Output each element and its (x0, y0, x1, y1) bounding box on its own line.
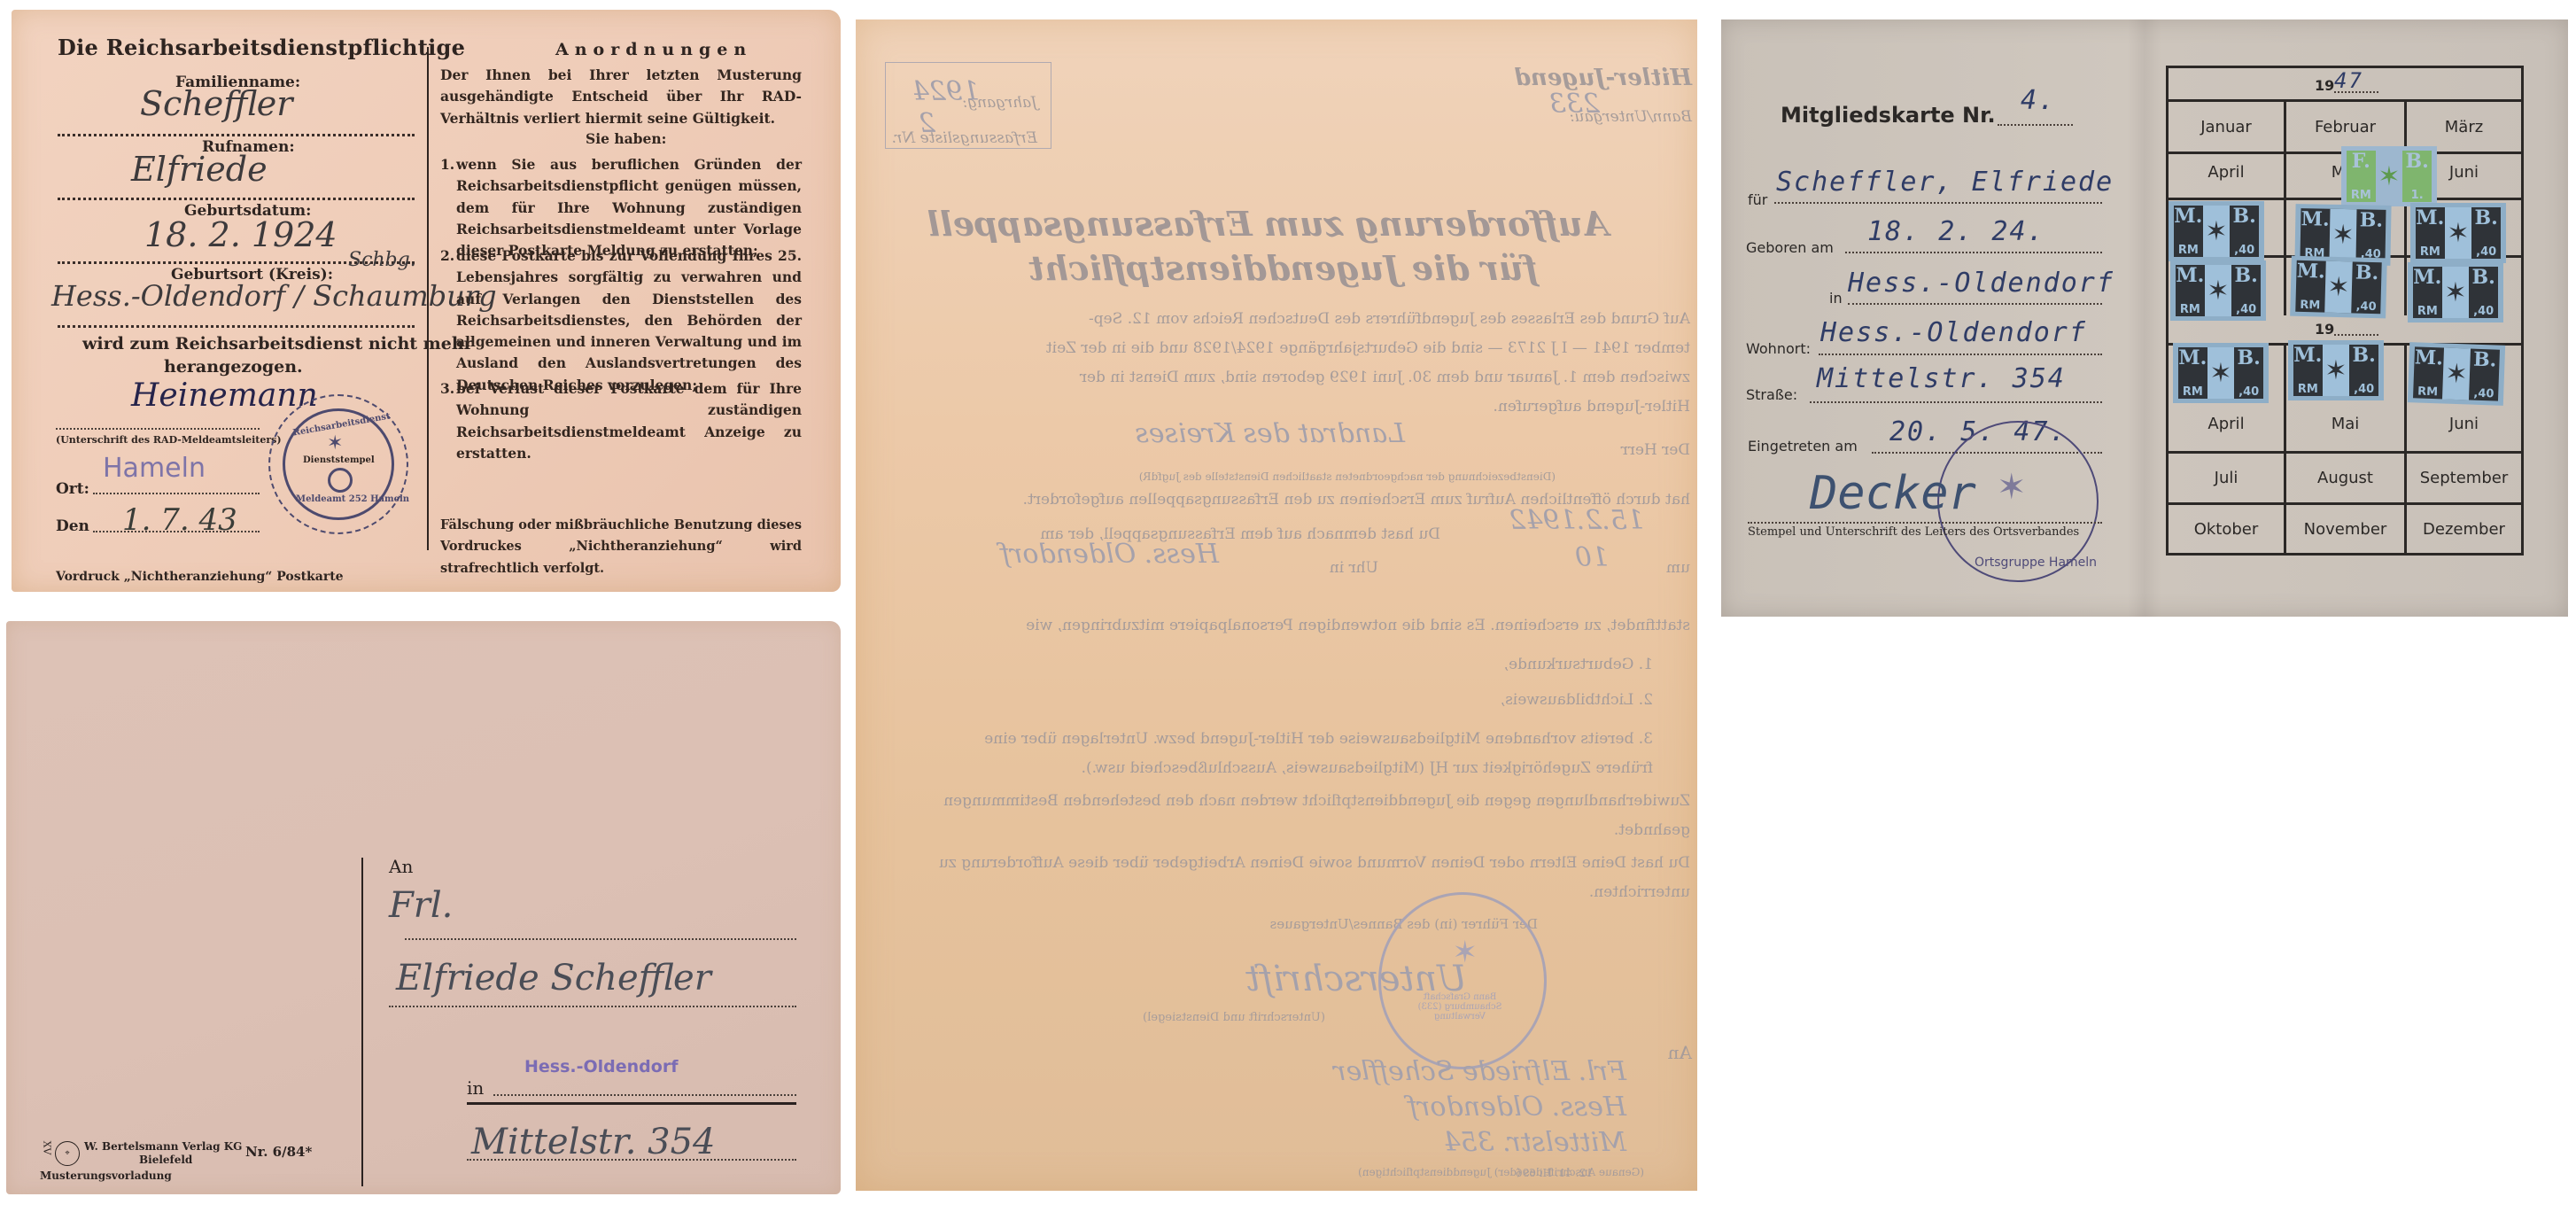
stamp-label: RM (2417, 305, 2438, 318)
bann-value: 233 (1549, 89, 1600, 120)
stamp-label: ,40 (2238, 385, 2259, 399)
number-line (1998, 124, 2073, 126)
stamp-label: B. (2473, 349, 2497, 371)
column-divider (427, 47, 429, 550)
fuer-value: Scheffler, Elfriede (1776, 167, 2114, 198)
rufnamen-value: Elfriede (131, 150, 268, 189)
geburtsort-line (58, 325, 415, 328)
stamp-center-text: Dienststempel (303, 455, 375, 465)
in-label: in (467, 1077, 484, 1099)
familienname-value: Scheffler (140, 84, 292, 123)
wohnort-value: Hess.-Oldendorf (1820, 317, 2087, 348)
mb-dues-stamp: M.RM✶B.,40 (2410, 203, 2506, 263)
date-value: 15.2.1942 (1509, 505, 1644, 536)
eagle-icon: ✶ (2442, 347, 2471, 400)
para1-line-2: tember 1941 — I J 2173 — sind die Geburt… (1046, 334, 1690, 363)
ort-stamp: Hameln (103, 453, 206, 484)
hj-rubber-stamp: ✶ Bann Grafschaft Schaumburg (233) Verwa… (1378, 892, 1547, 1069)
stamp-label: RM (2183, 385, 2203, 399)
ort-line (93, 493, 260, 494)
an-label: An (389, 856, 413, 877)
familienname-line (58, 134, 415, 136)
publisher-name: W. Bertelsmann Verlag KG (84, 1140, 242, 1153)
fb-dues-stamp: F.RM✶B.1. (2341, 146, 2437, 206)
anordnungen-heading: Anordnungen (555, 40, 752, 59)
statement-line-1: wird zum Reichsarbeitsdienst nicht mehr (82, 334, 473, 354)
form-name: Musterungsvorladung (40, 1169, 172, 1182)
doc-footer-code: 12. 41. Hi 696 (1516, 1167, 1593, 1179)
stamp-label: ,40 (2354, 383, 2374, 396)
stamp-label: M. (2413, 267, 2441, 288)
eagle-icon: ✶ (2329, 209, 2357, 261)
address-line-4: Mittelstr. 354 (471, 1122, 715, 1162)
strasse-label: Straße: (1746, 386, 1797, 403)
para1-line-1: Auf Grund des Erlasses des Jugendführers… (1089, 305, 1690, 334)
stamp-label: RM (2420, 245, 2440, 259)
stamp-label: M. (2174, 206, 2202, 227)
eagle-icon: ✶ (2205, 265, 2232, 316)
eagle-icon: ✶ (2324, 261, 2353, 314)
strasse-line (1810, 401, 2102, 403)
year-1-prefix: 19 (2315, 77, 2334, 94)
doc-an-label: An (1668, 1038, 1692, 1068)
mitgliedskarte-number: 4. (2021, 85, 2056, 116)
year-2-line (2334, 334, 2378, 336)
rad-postcard-front: Die Reichsarbeitsdienstpflichtige Famili… (12, 10, 841, 592)
den-label: Den (56, 517, 89, 535)
mb-dues-stamp: M.RM✶B.,40 (2288, 340, 2384, 400)
eagle-icon: ✶ (2323, 345, 2350, 396)
in-line (1848, 303, 2102, 305)
signature-line (1748, 522, 2102, 524)
month-august: August (2286, 454, 2407, 505)
geburtsdatum-value: 18. 2. 1924 (144, 215, 338, 254)
doc-address-1: Frl. Elfriede Scheffler (1333, 1056, 1626, 1087)
eagle-icon: ✶ (2203, 206, 2231, 257)
signature: Heinemann (131, 377, 318, 414)
stamp-label: M. (2415, 346, 2444, 369)
mirrored-show-through-layer: Jahrgang: 1924 Erfassungsliste Nr. 2 Hit… (856, 19, 1697, 1191)
doc-title-line-1: Aufforderung zum Erfassungsappell (927, 204, 1609, 244)
para1-line-4: Hitler-Jugend aufgerufen. (1493, 392, 1690, 422)
year-1-line (2334, 91, 2378, 93)
anordnungen-intro: Der Ihnen bei Ihrer letzten Musterung au… (440, 65, 802, 129)
month-september: September (2407, 454, 2521, 505)
leiter-signature: Decker (1810, 467, 1976, 520)
doc-address-2: Hess. Oldendorf (1408, 1092, 1626, 1123)
sie-haben: Sie haben: (586, 128, 666, 150)
wreath-icon (328, 468, 353, 493)
stamp-label: B. (2475, 207, 2498, 229)
para5: Zuwiderhandlungen gegen die Jugenddienst… (911, 787, 1690, 845)
form-number: Nr. 6/84* (245, 1144, 312, 1160)
para6: Du hast Deine Eltern oder Deinen Vormund… (911, 849, 1690, 907)
stamp-label: RM (2351, 189, 2371, 202)
item-1-num: 1. (440, 154, 454, 175)
geboren-value: 18. 2. 24. (1867, 216, 2045, 247)
imprint-code: XV (41, 1141, 52, 1155)
stamp-ring-text: Ortsgruppe Hameln (1975, 556, 2097, 570)
den-value: 1. 7. 43 (122, 502, 237, 538)
um-label: um (1666, 554, 1690, 583)
para4: stattfindet, zu erscheinen. Es sind die … (1026, 611, 1690, 641)
mb-dues-stamp: M.RM✶B.,40 (2290, 256, 2387, 319)
stamp-label: F. (2352, 151, 2370, 172)
signature-caption: (Unterschrift des RAD-Meldeamtsleiters) (56, 434, 282, 446)
liste-label: Erfassungsliste Nr. (892, 124, 1037, 153)
month-juli: Juli (2169, 454, 2286, 505)
geburtsort-value: Hess.-Oldendorf / Schaumburg (51, 279, 497, 313)
eagle-icon: ✶ (2207, 347, 2235, 399)
eagle-icon: ✶ (327, 432, 343, 455)
stamp-label: B. (2233, 206, 2256, 227)
year-2-prefix: 19 (2315, 321, 2334, 338)
mb-dues-stamp: M.RM✶B.,40 (2408, 342, 2505, 406)
geboren-label: Geboren am (1746, 239, 1834, 256)
eagle-icon: ✶ (1997, 467, 2027, 508)
der-herr-label: Der Herr (1621, 436, 1690, 465)
eagle-icon: ✶ (2442, 267, 2470, 318)
geburtsort-note: Schbg. (348, 249, 416, 271)
warning-text: Fälschung oder mißbräuchliche Benutzung … (440, 515, 802, 579)
address-dots-4 (467, 1159, 796, 1161)
statement-line-2: herangezogen. (164, 357, 303, 377)
item-2-num: 2. (440, 245, 454, 267)
stamp-label: RM (2417, 385, 2438, 399)
ort-label: Ort: (56, 480, 89, 498)
der-herr-value: Landrat des Kreises (1135, 418, 1405, 449)
form-footer: Vordruck „Nichtheranziehung“ Postkarte (56, 570, 344, 584)
doc-address-3: Mittelstr. 354 (1443, 1127, 1626, 1158)
stamp-label: RM (2300, 299, 2320, 313)
dienststempel: Reichsarbeitsdienst ✶ Dienststempel Meld… (283, 408, 394, 520)
stamp-ring-bottom: Meldeamt 252 Hameln (296, 494, 409, 504)
stamp-label: ,40 (2473, 305, 2494, 318)
address-dots-3 (493, 1094, 796, 1096)
stamp-label: 1. (2411, 189, 2424, 202)
stamp-label: B. (2355, 261, 2379, 284)
month-april-1: April (2169, 154, 2286, 200)
in-stamp: Hess.-Oldendorf (524, 1057, 678, 1076)
publisher-city: Bielefeld (139, 1154, 192, 1166)
stamp-label: ,40 (2234, 244, 2254, 257)
mb-dues-stamp: M.RM✶B.,40 (2408, 262, 2503, 322)
publisher-logo-icon: ⌖ (55, 1141, 80, 1166)
den-line (93, 531, 260, 532)
address-line-2: Elfriede Scheffler (396, 958, 711, 999)
eagle-icon: ✶ (1453, 935, 1478, 970)
rad-postcard-back: An Frl. Elfriede Scheffler Hess.-Oldendo… (6, 621, 841, 1194)
mb-dues-stamp: M.RM✶B.,40 (2170, 260, 2266, 321)
stamp-label: B. (2406, 151, 2429, 172)
item-2-text: diese Postkarte bis zur Vollendung Ihres… (456, 245, 802, 396)
stamp-label: M. (2416, 207, 2444, 229)
wohnort-label: Wohnort: (1746, 340, 1811, 357)
mb-dues-stamp: M.RM✶B.,40 (2173, 343, 2269, 403)
stamp-label: ,40 (2355, 300, 2376, 315)
stamp-label: ,40 (2236, 303, 2256, 316)
stamp-label: B. (2235, 265, 2258, 286)
list-item-1: 1. Geburtsurkunde, (1504, 650, 1653, 680)
wohnort-line (1819, 354, 2102, 355)
eingetreten-label: Eingetreten am (1748, 438, 1858, 455)
strasse-value: Mittelstr. 354 (1817, 363, 2066, 394)
signature-caption: Stempel und Unterschrift des Leiters des… (1748, 525, 2079, 539)
stamp-label: B. (2472, 267, 2495, 288)
org-name: Hitler-Jugend (1515, 64, 1692, 93)
place-value: Hess. Oldendorf (1000, 539, 1219, 570)
stamp-label: B. (2360, 209, 2384, 230)
stamp-label: M. (2296, 260, 2325, 283)
stamp-label: B. (2238, 347, 2261, 369)
address-divider (361, 858, 363, 1186)
stamp-label: M. (2178, 347, 2207, 369)
card-title: Die Reichsarbeitsdienstpflichtige (58, 35, 465, 60)
stamp-label: ,40 (2473, 387, 2495, 401)
doc-signature-caption: (Unterschrift und Dienstsiegel) (1143, 1003, 1325, 1032)
liste-value: 2 (919, 108, 935, 139)
stamp-label: M. (2176, 265, 2204, 286)
month-januar: Januar (2169, 102, 2286, 154)
jahrgang-value: 1924 (912, 76, 980, 107)
stamp-label: RM (2298, 383, 2318, 396)
stamp-label: M. (2301, 208, 2329, 230)
in-value: Hess.-Oldendorf (1848, 268, 2114, 299)
stamp-label: M. (2293, 345, 2322, 366)
time-value: 10 (1575, 542, 1609, 573)
stamp-label: ,40 (2476, 245, 2496, 259)
mb-dues-stamp: M.RM✶B.,40 (2169, 201, 2264, 261)
list-item-3: 3. bereits vorhandene Mitgliedsausweise … (927, 725, 1653, 783)
month-oktober: Oktober (2169, 505, 2286, 553)
stamp-label: RM (2180, 303, 2200, 316)
doc-title-line-2: für die Jugenddienstpflicht (1028, 248, 1538, 288)
address-solid-line (467, 1102, 796, 1105)
fuer-line (1774, 202, 2102, 204)
hj-summons-document: Jahrgang: 1924 Erfassungsliste Nr. 2 Hit… (856, 19, 1697, 1191)
address-dots-2 (389, 1006, 796, 1007)
hj-stamp-center: Bann Grafschaft Schaumburg (233) Verwalt… (1411, 992, 1509, 1022)
fuer-label: für (1748, 191, 1767, 208)
month-dezember: Dezember (2407, 505, 2521, 553)
mitgliedskarte: Mitgliedskarte Nr. 4. für Scheffler, Elf… (1721, 19, 2568, 617)
item-3-text: bei Verlust dieser Postkarte dem für Ihr… (456, 378, 802, 464)
list-item-2: 2. Lichtbildausweis, (1501, 686, 1653, 715)
signature-line (56, 428, 260, 430)
address-dots-1 (405, 938, 796, 940)
uhr-label: Uhr in (1330, 554, 1378, 583)
eagle-icon: ✶ (2376, 151, 2403, 202)
stamp-label: B. (2353, 345, 2376, 366)
address-line-1: Frl. (389, 885, 453, 926)
eagle-icon: ✶ (2445, 207, 2472, 259)
geboren-line (1845, 252, 2102, 253)
stamp-label: RM (2178, 244, 2199, 257)
doc-address-caption: (Genaue Anschrift des (der) Jugenddienst… (1358, 1158, 1644, 1187)
para1-line-3: zwischen dem 1. Januar und dem 30. Juni … (1080, 363, 1690, 392)
year-1-value: 47 (2334, 68, 2363, 93)
mitgliedskarte-title: Mitgliedskarte Nr. (1781, 103, 1996, 128)
rufnamen-line (58, 198, 415, 200)
in-label: in (1829, 290, 1843, 307)
item-3-num: 3. (440, 378, 454, 400)
month-november: November (2286, 505, 2407, 553)
